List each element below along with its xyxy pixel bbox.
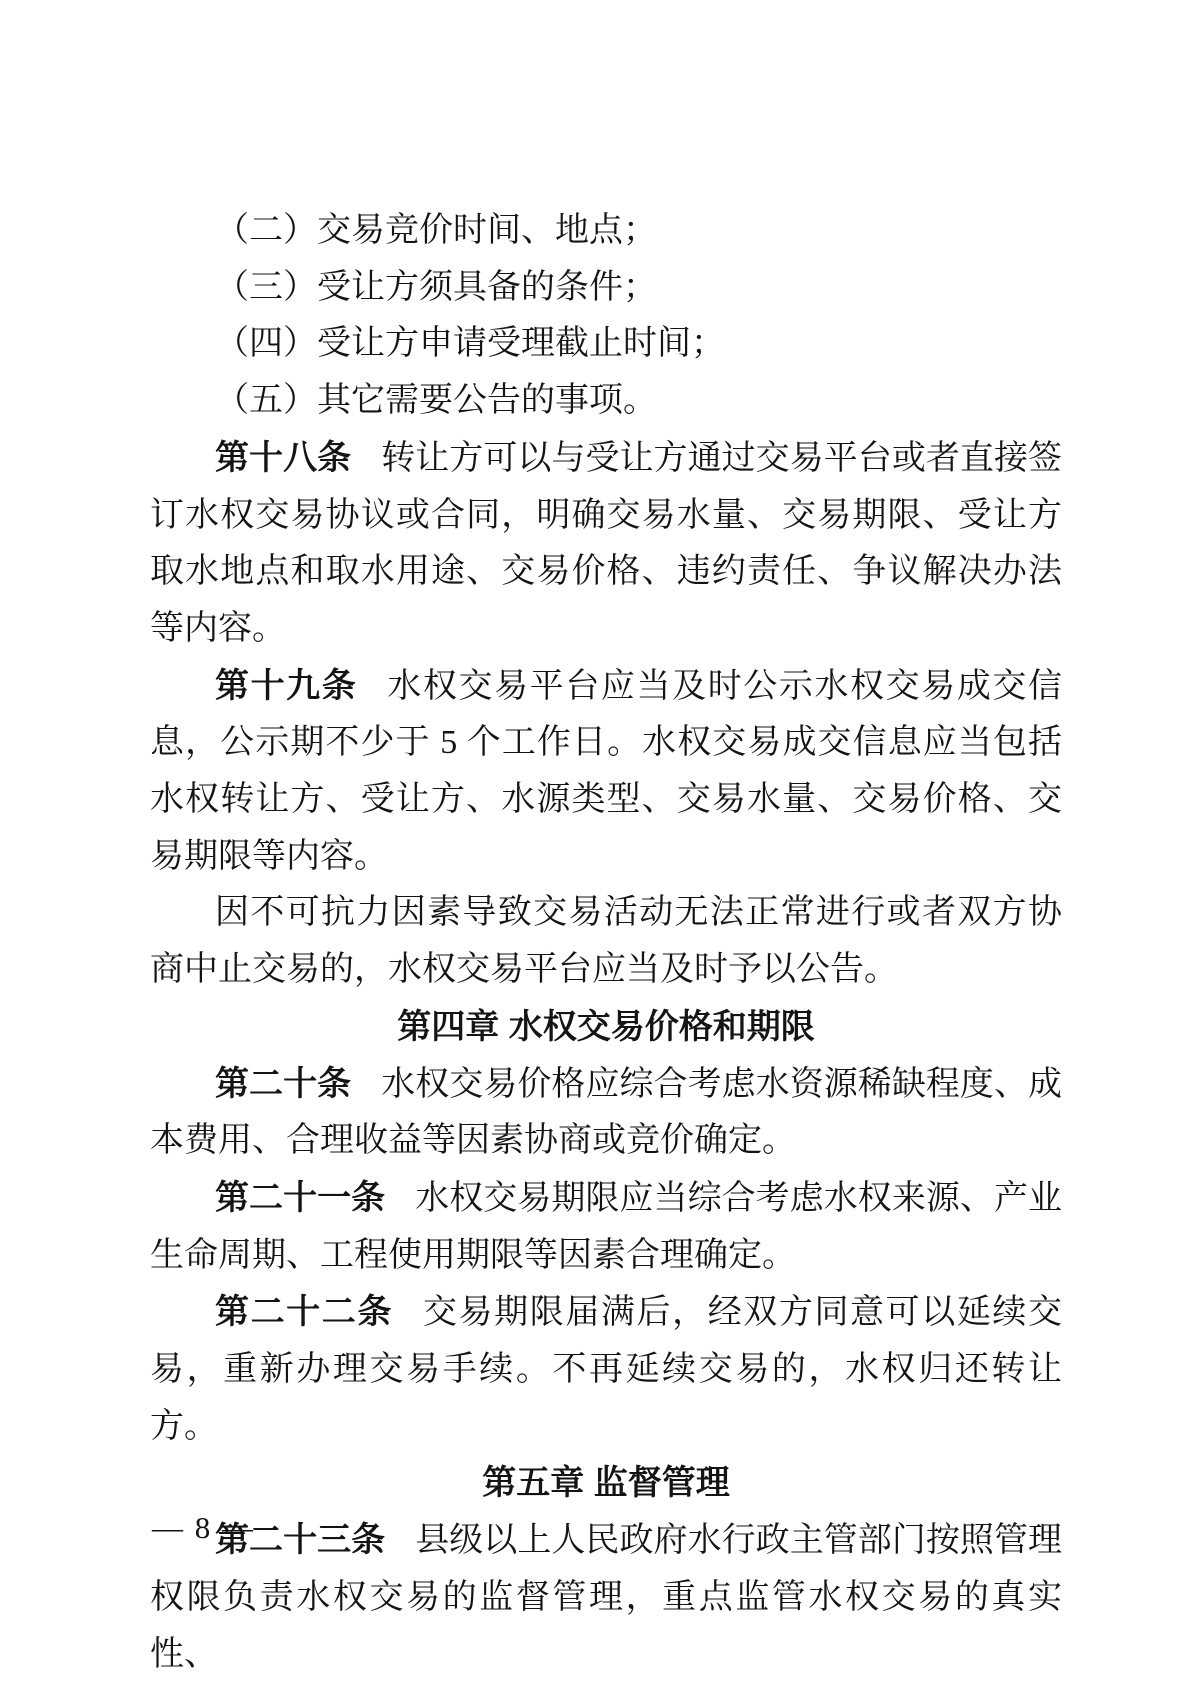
chapter-heading: 第五章 监督管理: [150, 1455, 1062, 1512]
chapter-heading: 第四章 水权交易价格和期限: [150, 999, 1062, 1056]
article-number: 第二十一条: [215, 1179, 385, 1217]
article-paragraph: 第十九条水权交易平台应当及时公示水权交易成交信息，公示期不少于 5 个工作日。水…: [150, 658, 1062, 886]
article-paragraph: 第二十一条水权交易期限应当综合考虑水权来源、产业生命周期、工程使用期限等因素合理…: [150, 1170, 1062, 1284]
list-item: （三）受让方须具备的条件；: [150, 260, 1062, 317]
article-number: 第二十条: [215, 1065, 351, 1103]
article-paragraph: 第十八条转让方可以与受让方通过交易平台或者直接签订水权交易协议或合同，明确交易水…: [150, 430, 1062, 658]
article-number: 第十八条: [215, 439, 351, 477]
body-paragraph: 因不可抗力因素导致交易活动无法正常进行或者双方协商中止交易的，水权交易平台应当及…: [150, 885, 1062, 998]
article-number: 第二十二条: [215, 1293, 393, 1331]
article-paragraph: 第二十条水权交易价格应综合考虑水资源稀缺程度、成本费用、合理收益等因素协商或竞价…: [150, 1056, 1062, 1170]
page-number: — 8 —: [152, 1508, 255, 1548]
list-item: （五）其它需要公告的事项。: [150, 373, 1062, 430]
list-item: （二）交易竞价时间、地点；: [150, 203, 1062, 260]
document-page: （二）交易竞价时间、地点；（三）受让方须具备的条件；（四）受让方申请受理截止时间…: [0, 0, 1200, 1697]
article-paragraph: 第二十二条交易期限届满后，经双方同意可以延续交易，重新办理交易手续。不再延续交易…: [150, 1284, 1062, 1455]
list-item: （四）受让方申请受理截止时间；: [150, 316, 1062, 373]
document-body: （二）交易竞价时间、地点；（三）受让方须具备的条件；（四）受让方申请受理截止时间…: [150, 203, 1062, 1683]
article-paragraph: 第二十三条县级以上人民政府水行政主管部门按照管理权限负责水权交易的监督管理，重点…: [150, 1512, 1062, 1683]
article-number: 第十九条: [215, 667, 357, 705]
